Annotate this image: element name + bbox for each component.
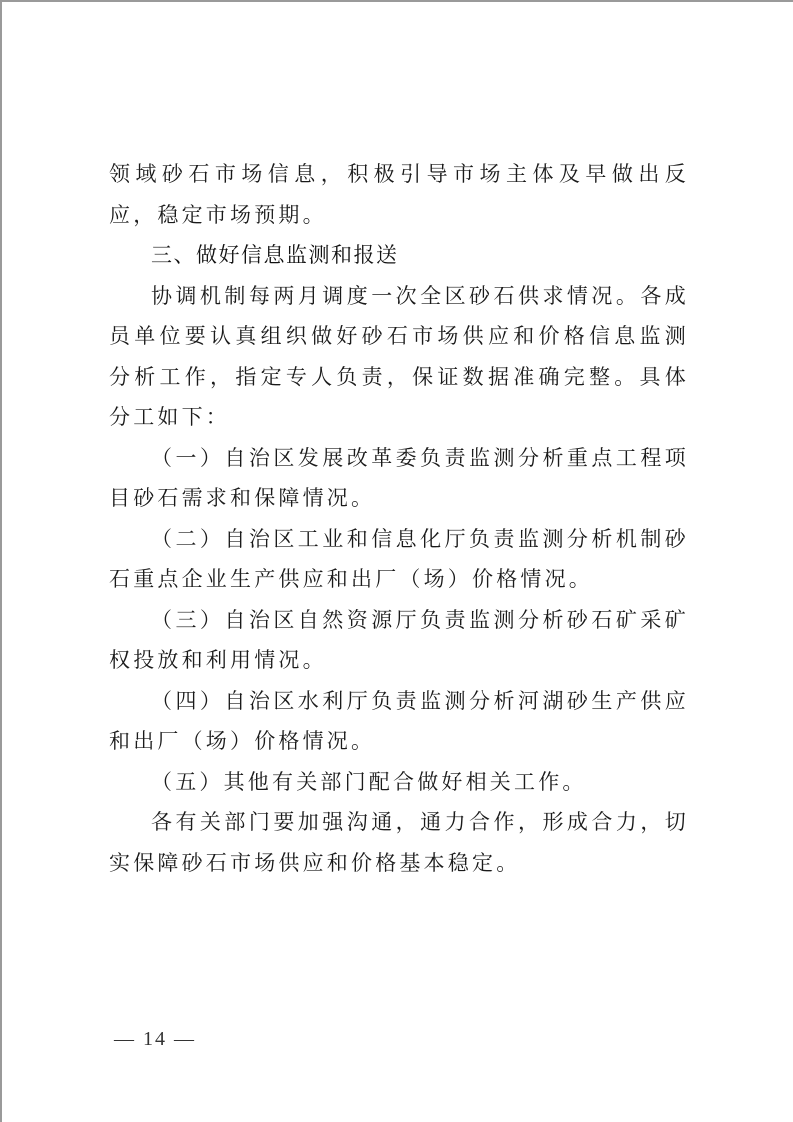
- paragraph-continuation: 领域砂石市场信息，积极引导市场主体及早做出反应，稳定市场预期。: [109, 154, 689, 235]
- paragraph-item-2: （二）自治区工业和信息化厅负责监测分析机制砂石重点企业生产供应和出厂（场）价格情…: [109, 519, 689, 600]
- paragraph-item-4: （四）自治区水利厅负责监测分析河湖砂生产供应和出厂（场）价格情况。: [109, 681, 689, 762]
- section-heading: 三、做好信息监测和报送: [109, 235, 689, 276]
- paragraph-item-3: （三）自治区自然资源厅负责监测分析砂石矿采矿权投放和利用情况。: [109, 600, 689, 681]
- paragraph-item-5: （五）其他有关部门配合做好相关工作。: [109, 762, 689, 803]
- paragraph-intro: 协调机制每两月调度一次全区砂石供求情况。各成员单位要认真组织做好砂石市场供应和价…: [109, 276, 689, 438]
- paragraph-item-1: （一）自治区发展改革委负责监测分析重点工程项目砂石需求和保障情况。: [109, 438, 689, 519]
- document-page: 领域砂石市场信息，积极引导市场主体及早做出反应，稳定市场预期。 三、做好信息监测…: [0, 0, 793, 1122]
- document-body: 领域砂石市场信息，积极引导市场主体及早做出反应，稳定市场预期。 三、做好信息监测…: [109, 154, 689, 883]
- page-number: — 14 —: [114, 1028, 196, 1051]
- paragraph-closing: 各有关部门要加强沟通，通力合作，形成合力，切实保障砂石市场供应和价格基本稳定。: [109, 802, 689, 883]
